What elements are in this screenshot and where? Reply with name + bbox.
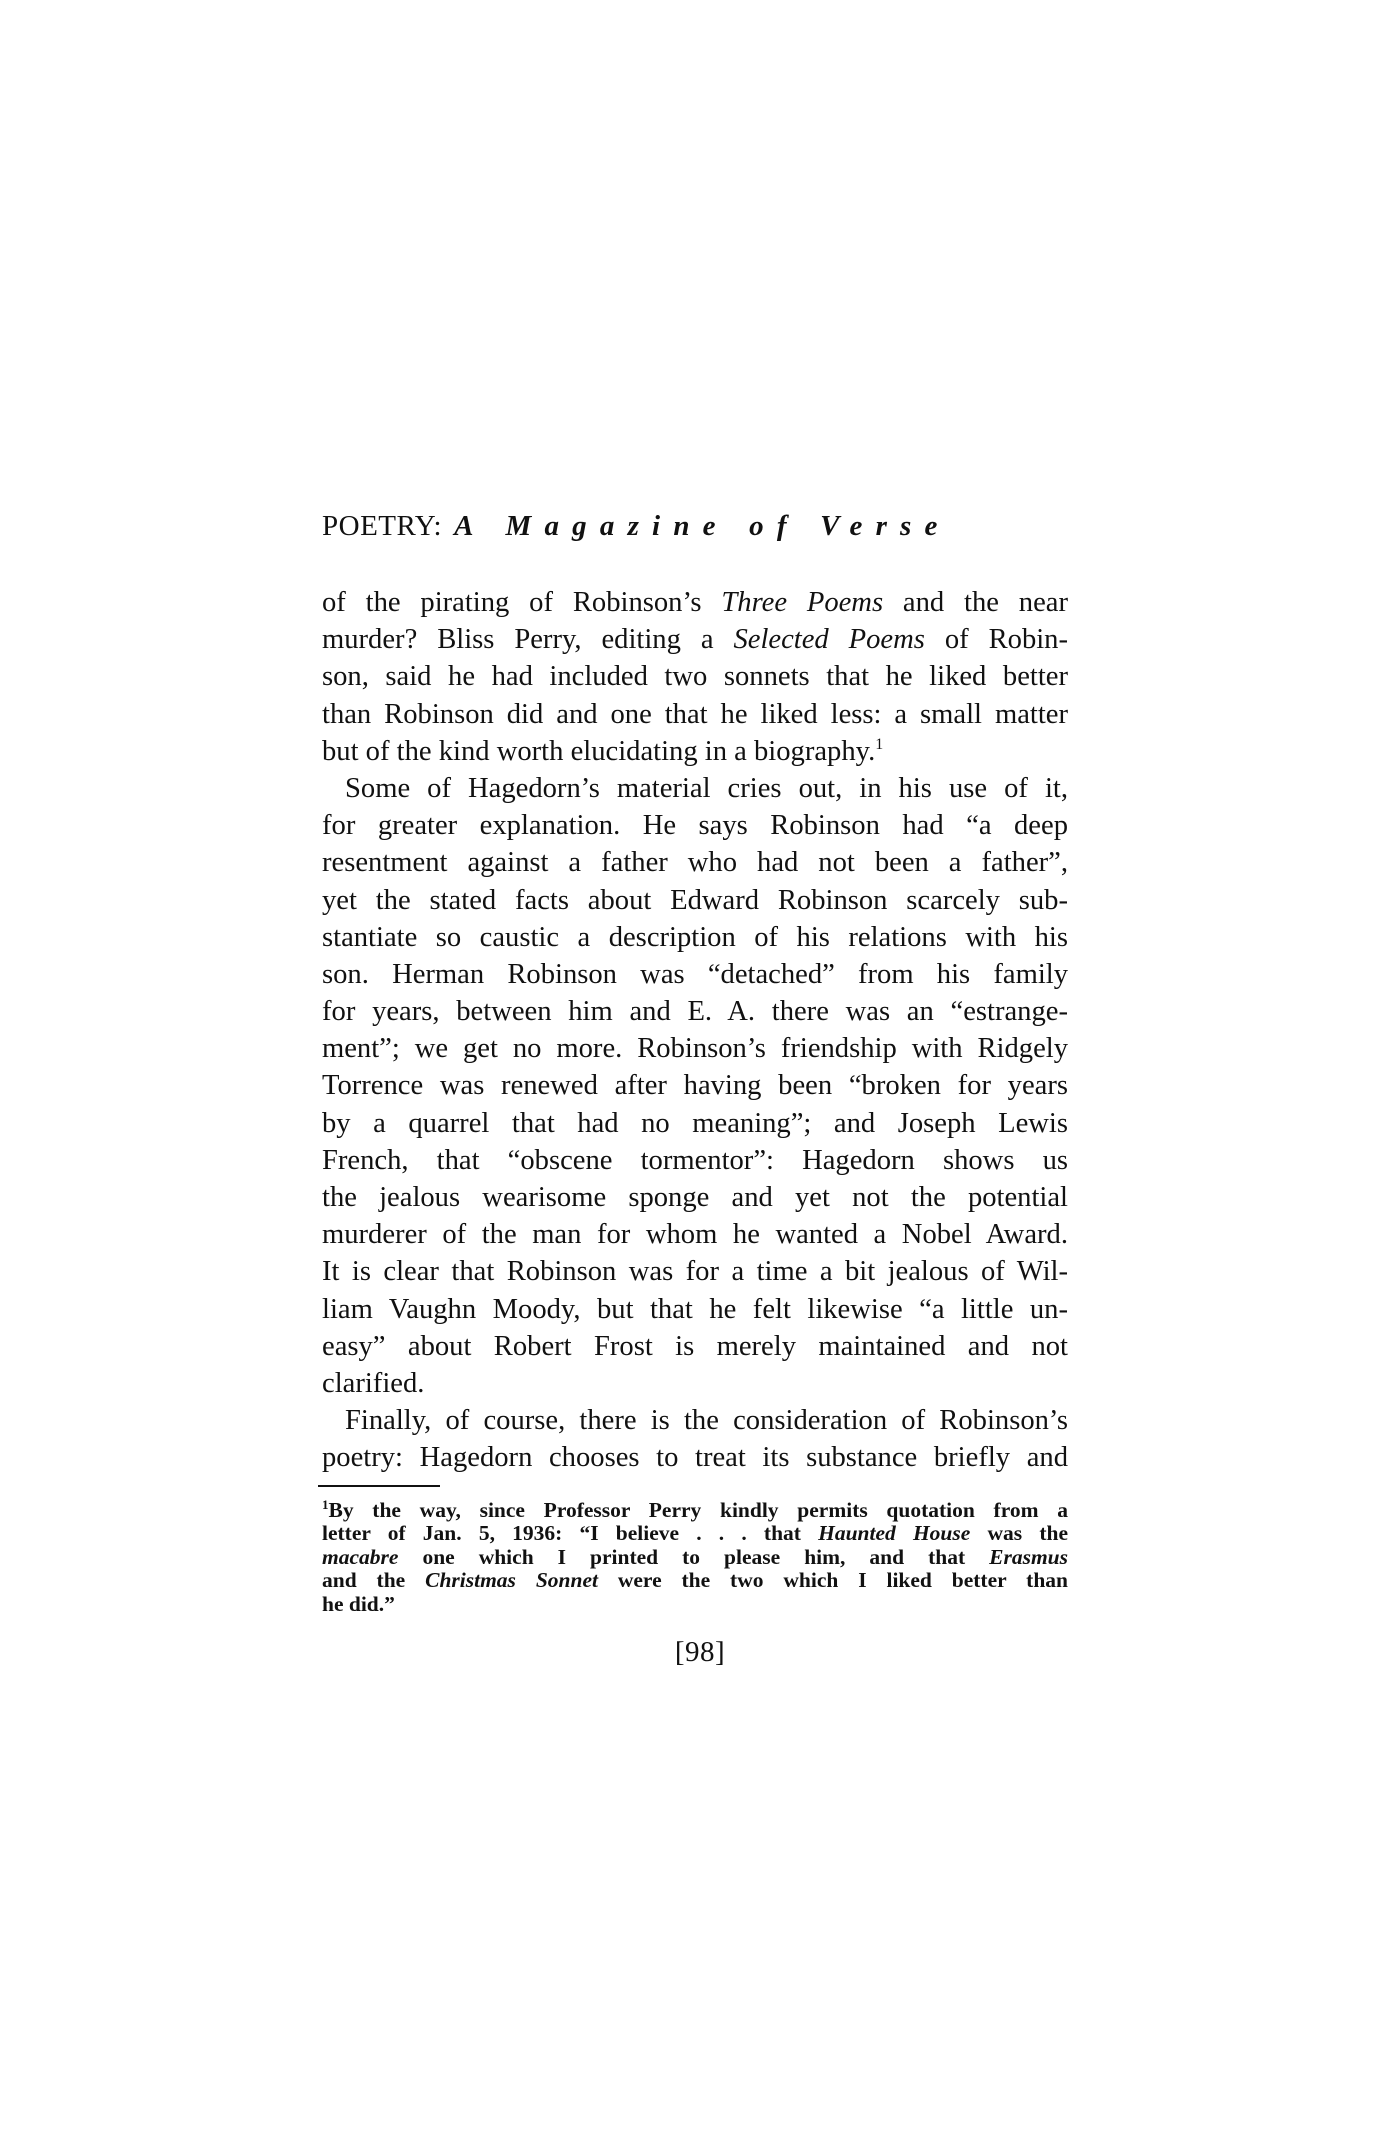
body-line: liam Vaughn Moody, but that he felt like… [322, 1291, 1068, 1328]
text-run: the jealous wearisome sponge and yet not… [322, 1182, 1068, 1213]
italic-title: Erasmus [989, 1545, 1068, 1569]
footnote-line: macabre one which I printed to please hi… [322, 1546, 1068, 1569]
body-line: son. Herman Robinson was “detached” from… [322, 956, 1068, 993]
text-run: were the two which I liked better than [598, 1568, 1068, 1592]
footnote: 1By the way, since Professor Perry kindl… [322, 1499, 1068, 1616]
text-run: stantiate so caustic a description of hi… [322, 922, 1068, 953]
body-line: by a quarrel that had no meaning”; and J… [322, 1105, 1068, 1142]
text-run: but of the kind worth elucidating in a b… [322, 736, 875, 767]
text-run: Some of Hagedorn’s material cries out, i… [345, 773, 1068, 804]
body-line: clarified. [322, 1365, 1068, 1402]
text-run: than Robinson did and one that he liked … [322, 699, 1068, 730]
text-run: and the near [883, 587, 1068, 618]
text-run: for years, between him and E. A. there w… [322, 996, 1068, 1027]
body-line: stantiate so caustic a description of hi… [322, 919, 1068, 956]
body-line: murder? Bliss Perry, editing a Selected … [322, 621, 1068, 658]
text-run: son. Herman Robinson was “detached” from… [322, 959, 1068, 990]
body-line: the jealous wearisome sponge and yet not… [322, 1179, 1068, 1216]
body-line: Some of Hagedorn’s material cries out, i… [322, 770, 1068, 807]
italic-title: Selected Poems [733, 624, 924, 655]
italic-title: Haunted House [818, 1521, 970, 1545]
footnote-line: 1By the way, since Professor Perry kindl… [322, 1499, 1068, 1522]
body-line: Torrence was renewed after having been “… [322, 1067, 1068, 1104]
text-run: yet the stated facts about Edward Robins… [322, 885, 1068, 916]
document-page: POETRY:A Magazine of Verse of the pirati… [0, 0, 1400, 2154]
italic-title: Three Poems [721, 587, 883, 618]
text-run: poetry: Hagedorn chooses to treat its su… [322, 1442, 1068, 1473]
text-run: and the [322, 1568, 425, 1592]
magazine-name: POETRY: [322, 510, 442, 542]
text-run: son, said he had included two sonnets th… [322, 661, 1068, 692]
text-run: Finally, of course, there is the conside… [345, 1405, 1068, 1436]
text-run: French, that “obscene tormentor”: Hagedo… [322, 1145, 1068, 1176]
footnote-divider [318, 1485, 440, 1487]
footnote-line: he did.” [322, 1593, 1068, 1616]
text-run: of the pirating of Robinson’s [322, 587, 721, 618]
body-line: French, that “obscene tormentor”: Hagedo… [322, 1142, 1068, 1179]
text-run: It is clear that Robinson was for a time… [322, 1256, 1068, 1287]
body-line: than Robinson did and one that he liked … [322, 696, 1068, 733]
text-run: murderer of the man for whom he wanted a… [322, 1219, 1068, 1250]
body-line: of the pirating of Robinson’s Three Poem… [322, 584, 1068, 621]
text-run: by a quarrel that had no meaning”; and J… [322, 1108, 1068, 1139]
body-line: ment”; we get no more. Robinson’s friend… [322, 1030, 1068, 1067]
text-run: easy” about Robert Frost is merely maint… [322, 1331, 1068, 1362]
body-line: son, said he had included two sonnets th… [322, 658, 1068, 695]
italic-title: macabre [322, 1545, 398, 1569]
running-head: POETRY:A Magazine of Verse [322, 508, 951, 544]
body-line: yet the stated facts about Edward Robins… [322, 882, 1068, 919]
footnote-marker: 1 [875, 736, 883, 753]
page-number: [98] [600, 1634, 800, 1670]
italic-title: Christmas Sonnet [425, 1568, 598, 1592]
text-run: By the way, since Professor Perry kindly… [329, 1498, 1069, 1522]
body-line: It is clear that Robinson was for a time… [322, 1253, 1068, 1290]
body-line: but of the kind worth elucidating in a b… [322, 733, 1068, 770]
body-line: murderer of the man for whom he wanted a… [322, 1216, 1068, 1253]
text-run: ment”; we get no more. Robinson’s friend… [322, 1033, 1068, 1064]
text-run: of Robin- [925, 624, 1068, 655]
text-run: Torrence was renewed after having been “… [322, 1070, 1068, 1101]
body-line: Finally, of course, there is the conside… [322, 1402, 1068, 1439]
footnote-line: letter of Jan. 5, 1936: “I believe . . .… [322, 1522, 1068, 1545]
body-line: for greater explanation. He says Robinso… [322, 807, 1068, 844]
text-run: he did.” [322, 1592, 395, 1616]
body-text: of the pirating of Robinson’s Three Poem… [322, 584, 1068, 1477]
magazine-subtitle: A Magazine of Verse [454, 510, 951, 542]
footnote-line: and the Christmas Sonnet were the two wh… [322, 1569, 1068, 1592]
body-line: easy” about Robert Frost is merely maint… [322, 1328, 1068, 1365]
text-run: one which I printed to please him, and t… [398, 1545, 989, 1569]
text-run: for greater explanation. He says Robinso… [322, 810, 1068, 841]
body-line: for years, between him and E. A. there w… [322, 993, 1068, 1030]
text-run: clarified. [322, 1368, 424, 1399]
text-run: murder? Bliss Perry, editing a [322, 624, 733, 655]
text-run: was the [970, 1521, 1068, 1545]
body-line: poetry: Hagedorn chooses to treat its su… [322, 1439, 1068, 1476]
text-run: liam Vaughn Moody, but that he felt like… [322, 1294, 1068, 1325]
text-run: letter of Jan. 5, 1936: “I believe . . .… [322, 1521, 818, 1545]
body-line: resentment against a father who had not … [322, 844, 1068, 881]
text-run: resentment against a father who had not … [322, 847, 1068, 878]
